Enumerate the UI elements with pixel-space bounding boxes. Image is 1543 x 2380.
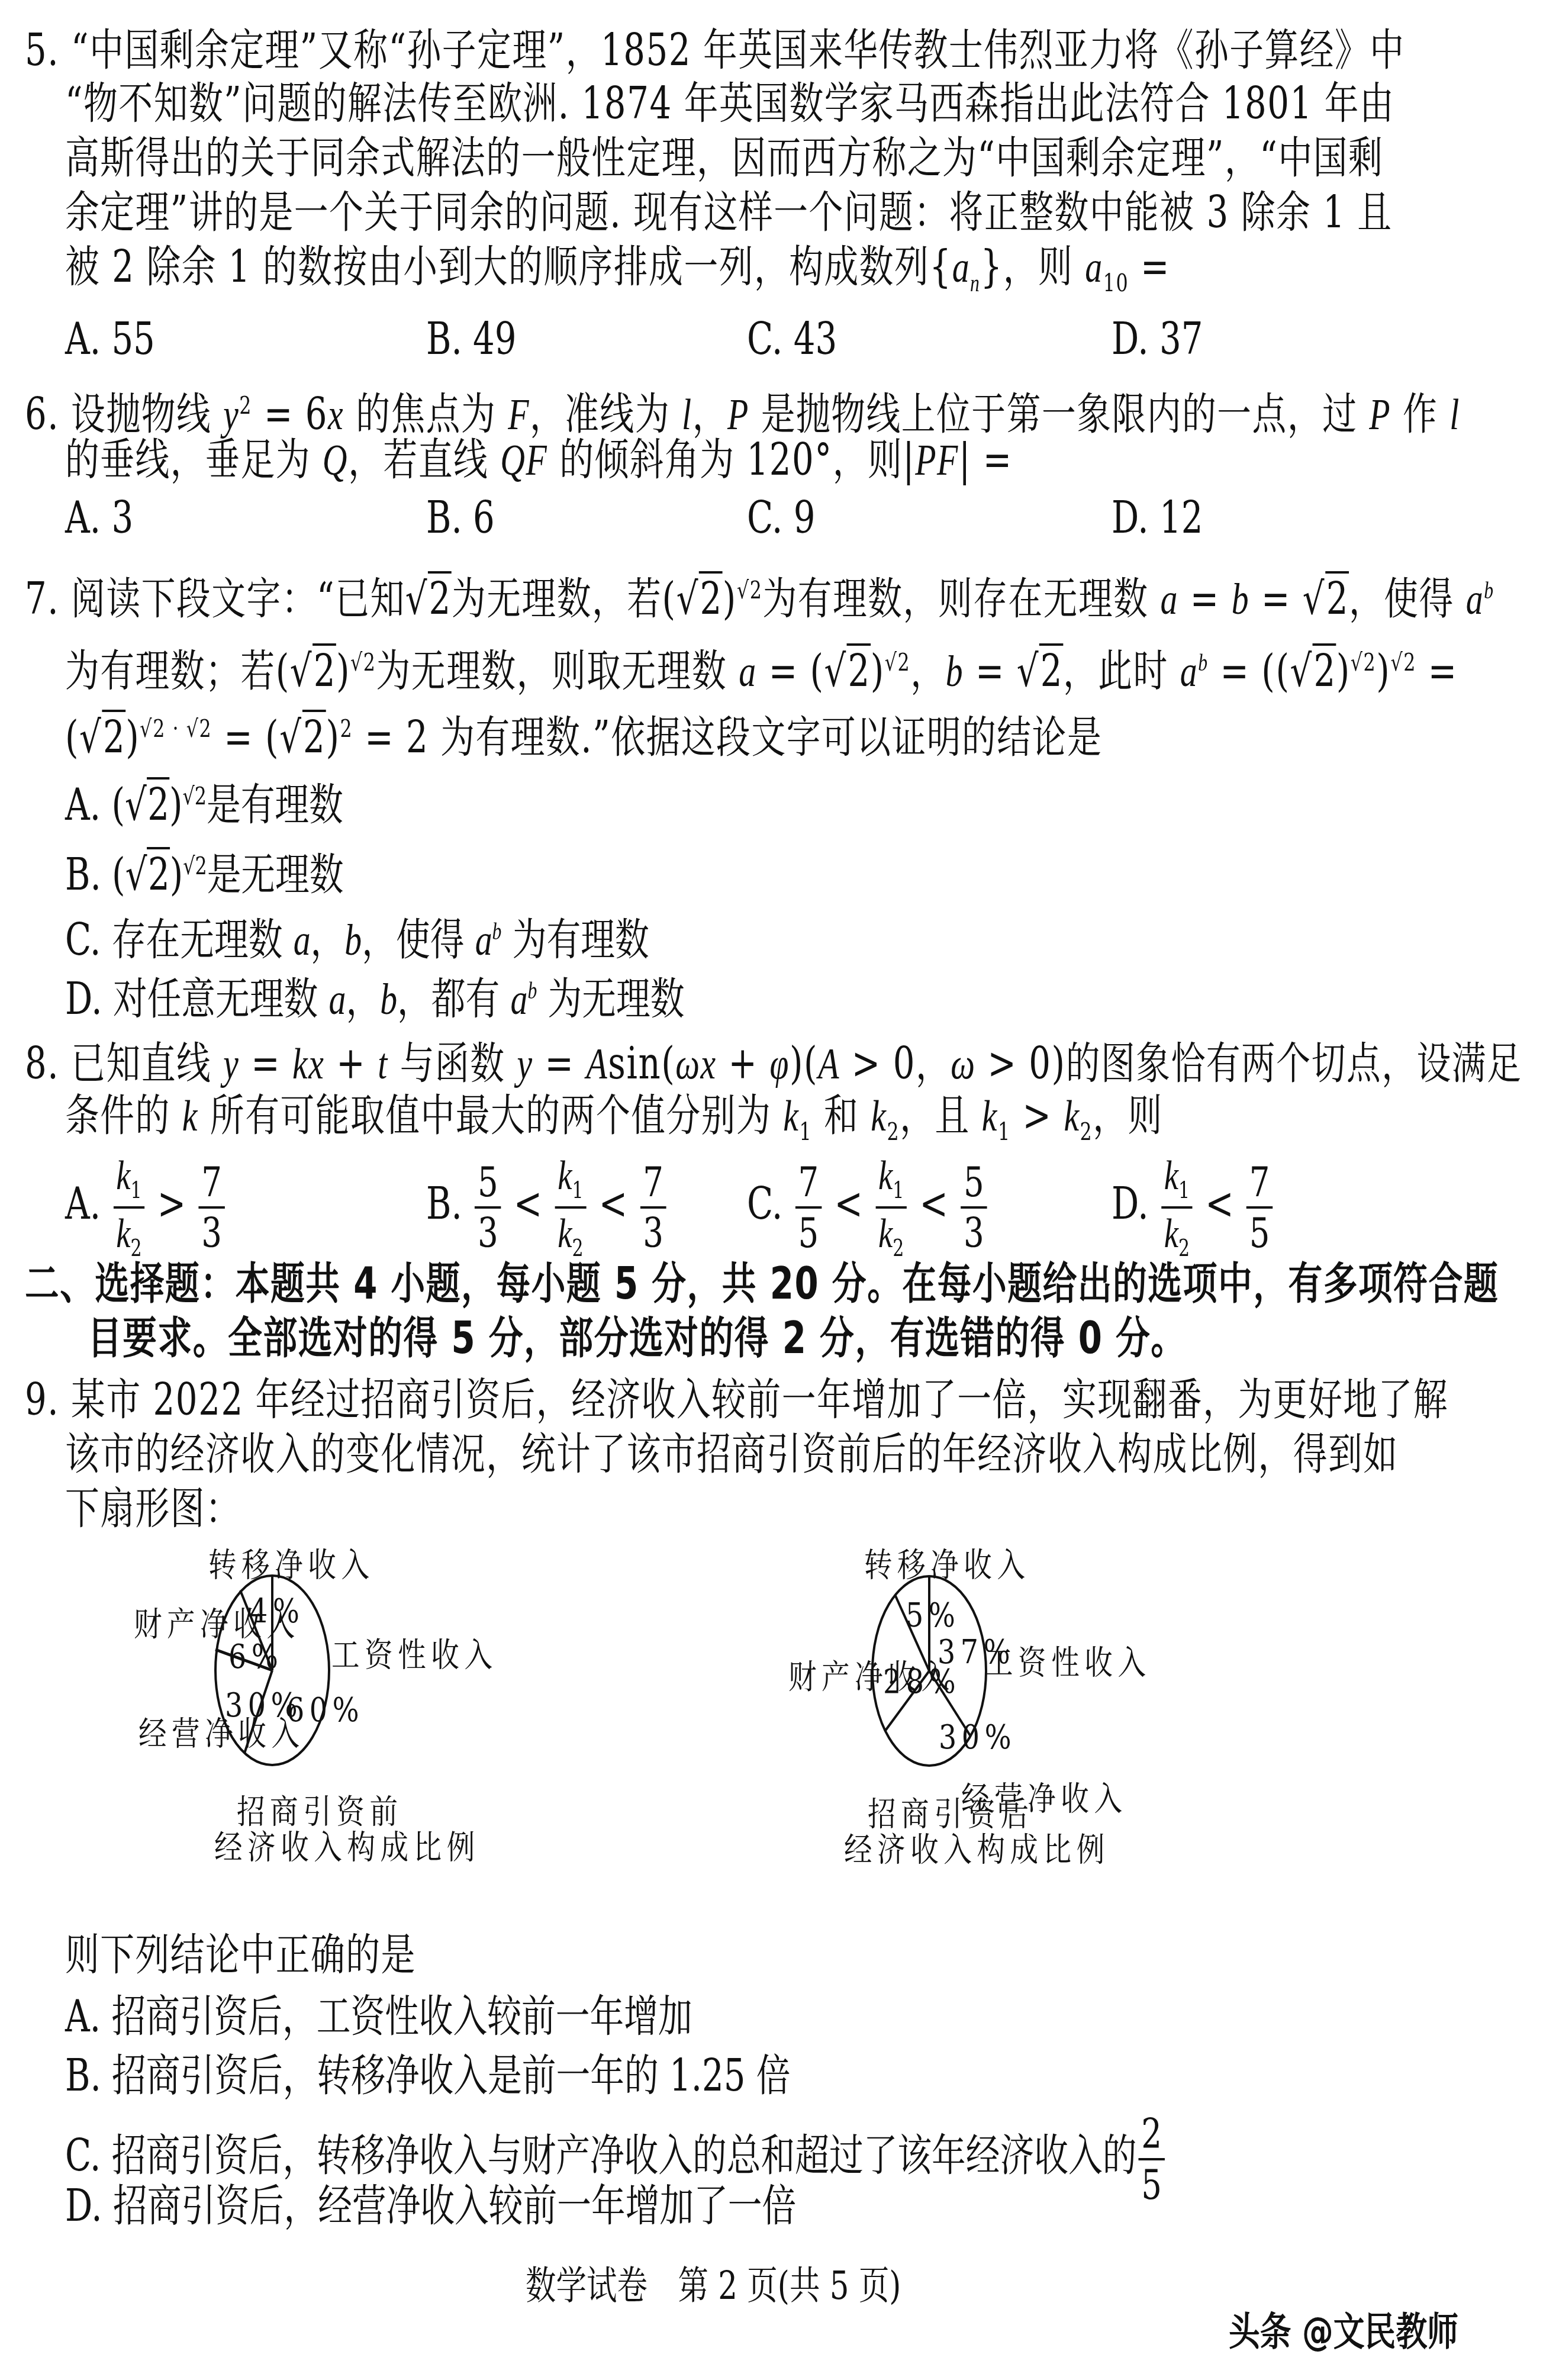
- q5-line-2: “物不知数”问题的解法传至欧洲. 1874 年英国数学家马西森指出此法符合 18…: [65, 77, 1394, 130]
- q7-line-1: 7. 阅读下段文字：“已知√2为无理数，若(√2)√2为有理数，则存在无理数 a…: [25, 563, 1494, 626]
- q8-line-2: 条件的 k 所有可能取值中最大的两个值分别为 k1 和 k2，且 k1 > k2…: [65, 1089, 1163, 1158]
- q6-line-1: 6. 设抛物线 y2 = 6x 的焦点为 F，准线为 l，P 是抛物线上位于第一…: [25, 379, 1460, 442]
- q9-stem: 则下列结论中正确的是: [65, 1928, 416, 1982]
- pie-before-value-property: 6%: [228, 1638, 284, 1676]
- q7-option-a[interactable]: A. (√2)√2是有理数: [65, 769, 343, 832]
- q8-option-b[interactable]: B. 53 < k1k2 < 73: [426, 1154, 668, 1260]
- q7-line-3: (√2)√2 · √2 = (√2)2 = 2 为有理数.”依据这段文字可以证明…: [65, 702, 1102, 764]
- q7-option-d[interactable]: D. 对任意无理数 a，b，都有 ab 为无理数: [65, 964, 685, 1026]
- q6-option-c[interactable]: C. 9: [747, 491, 816, 545]
- pie-before-label-wage: 工资性收入: [331, 1637, 498, 1674]
- section-2-line-1: 二、选择题：本题共 4 小题，每小题 5 分，共 20 分。在每小题给出的选项中…: [25, 1257, 1499, 1310]
- pie-after-label-wage: 工资性收入: [985, 1644, 1151, 1682]
- pie-after-title-1: 招商引资后: [868, 1796, 1034, 1834]
- pie-before-label-transfer: 转移净收入: [208, 1547, 375, 1584]
- q5-option-d[interactable]: D. 37: [1112, 313, 1203, 366]
- q8-option-c[interactable]: C. 75 < k1k2 < 53: [747, 1154, 989, 1260]
- pie-before-label-business: 经营净收入: [138, 1715, 305, 1753]
- q8-line-1: 8. 已知直线 y = kx + t 与函数 y = Asin(ωx + φ)(…: [25, 1037, 1522, 1091]
- q5-option-b[interactable]: B. 49: [426, 313, 517, 366]
- q6-line-2: 的垂线，垂足为 Q，若直线 QF 的倾斜角为 120°，则|PF| =: [65, 433, 1013, 487]
- q6-option-a[interactable]: A. 3: [65, 491, 133, 545]
- q7-line-2: 为有理数；若(√2)√2为无理数，则取无理数 a = (√2)√2，b = √2…: [65, 636, 1458, 698]
- section-2-line-2: 目要求。全部选对的得 5 分，部分选对的得 2 分，有选错的得 0 分。: [88, 1312, 1186, 1365]
- pie-before-title-1: 招商引资前: [237, 1793, 403, 1831]
- q7-option-c[interactable]: C. 存在无理数 a，b，使得 ab 为有理数: [65, 904, 649, 967]
- pie-before-title-2: 经济收入构成比例: [214, 1829, 480, 1867]
- pie-after-value-business: 30%: [939, 1719, 1016, 1757]
- exam-page: 5. “中国剩余定理”又称“孙子定理”，1852 年英国来华传教士伟烈亚力将《孙…: [0, 0, 1543, 2380]
- q6-option-d[interactable]: D. 12: [1112, 491, 1203, 545]
- q6-option-b[interactable]: B. 6: [426, 491, 495, 545]
- q9-line-3: 下扇形图：: [65, 1482, 240, 1535]
- q8-option-d[interactable]: D. k1k2 < 75: [1112, 1154, 1274, 1260]
- q5-line-3: 高斯得出的关于同余式解法的一般性定理，因而西方称之为“中国剩余定理”，“中国剩: [65, 131, 1383, 185]
- page-footer: 数学试卷 第 2 页(共 5 页): [526, 2262, 901, 2310]
- pie-after-label-property: 财产净收入: [788, 1658, 955, 1696]
- pie-after-title-2: 经济收入构成比例: [844, 1831, 1110, 1869]
- q5-line-1: 5. “中国剩余定理”又称“孙子定理”，1852 年英国来华传教士伟烈亚力将《孙…: [25, 24, 1405, 77]
- q5-option-a[interactable]: A. 55: [65, 313, 155, 366]
- q8-option-a[interactable]: A. k1k2 > 73: [65, 1154, 227, 1260]
- q7-option-b[interactable]: B. (√2)√2是无理数: [65, 839, 344, 901]
- q9-line-1: 9. 某市 2022 年经过招商引资后，经济收入较前一年增加了一倍，实现翻番，为…: [25, 1373, 1448, 1426]
- pie-before-label-property: 财产净收入: [134, 1606, 300, 1644]
- pie-after-value-transfer: 5%: [906, 1597, 961, 1635]
- q9-option-b[interactable]: B. 招商引资后，转移净收入是前一年的 1.25 倍: [65, 2049, 791, 2102]
- q9-option-a[interactable]: A. 招商引资后，工资性收入较前一年增加: [65, 1990, 692, 2043]
- q9-option-d[interactable]: D. 招商引资后，经营净收入较前一年增加了一倍: [65, 2179, 796, 2233]
- q5-line-5: 被 2 除余 1 的数按由小到大的顺序排成一列，构成数列{an}，则 a10 =: [65, 240, 1170, 310]
- watermark: 头条 @文民教师: [1229, 2308, 1458, 2356]
- q5-option-c[interactable]: C. 43: [747, 313, 837, 366]
- q9-line-2: 该市的经济收入的变化情况，统计了该市招商引资前后的年经济收入构成比例，得到如: [65, 1428, 1399, 1481]
- q5-line-4: 余定理”讲的是一个关于同余的问题. 现有这样一个问题：将正整数中能被 3 除余 …: [65, 186, 1393, 239]
- pie-after-label-transfer: 转移净收入: [864, 1547, 1030, 1584]
